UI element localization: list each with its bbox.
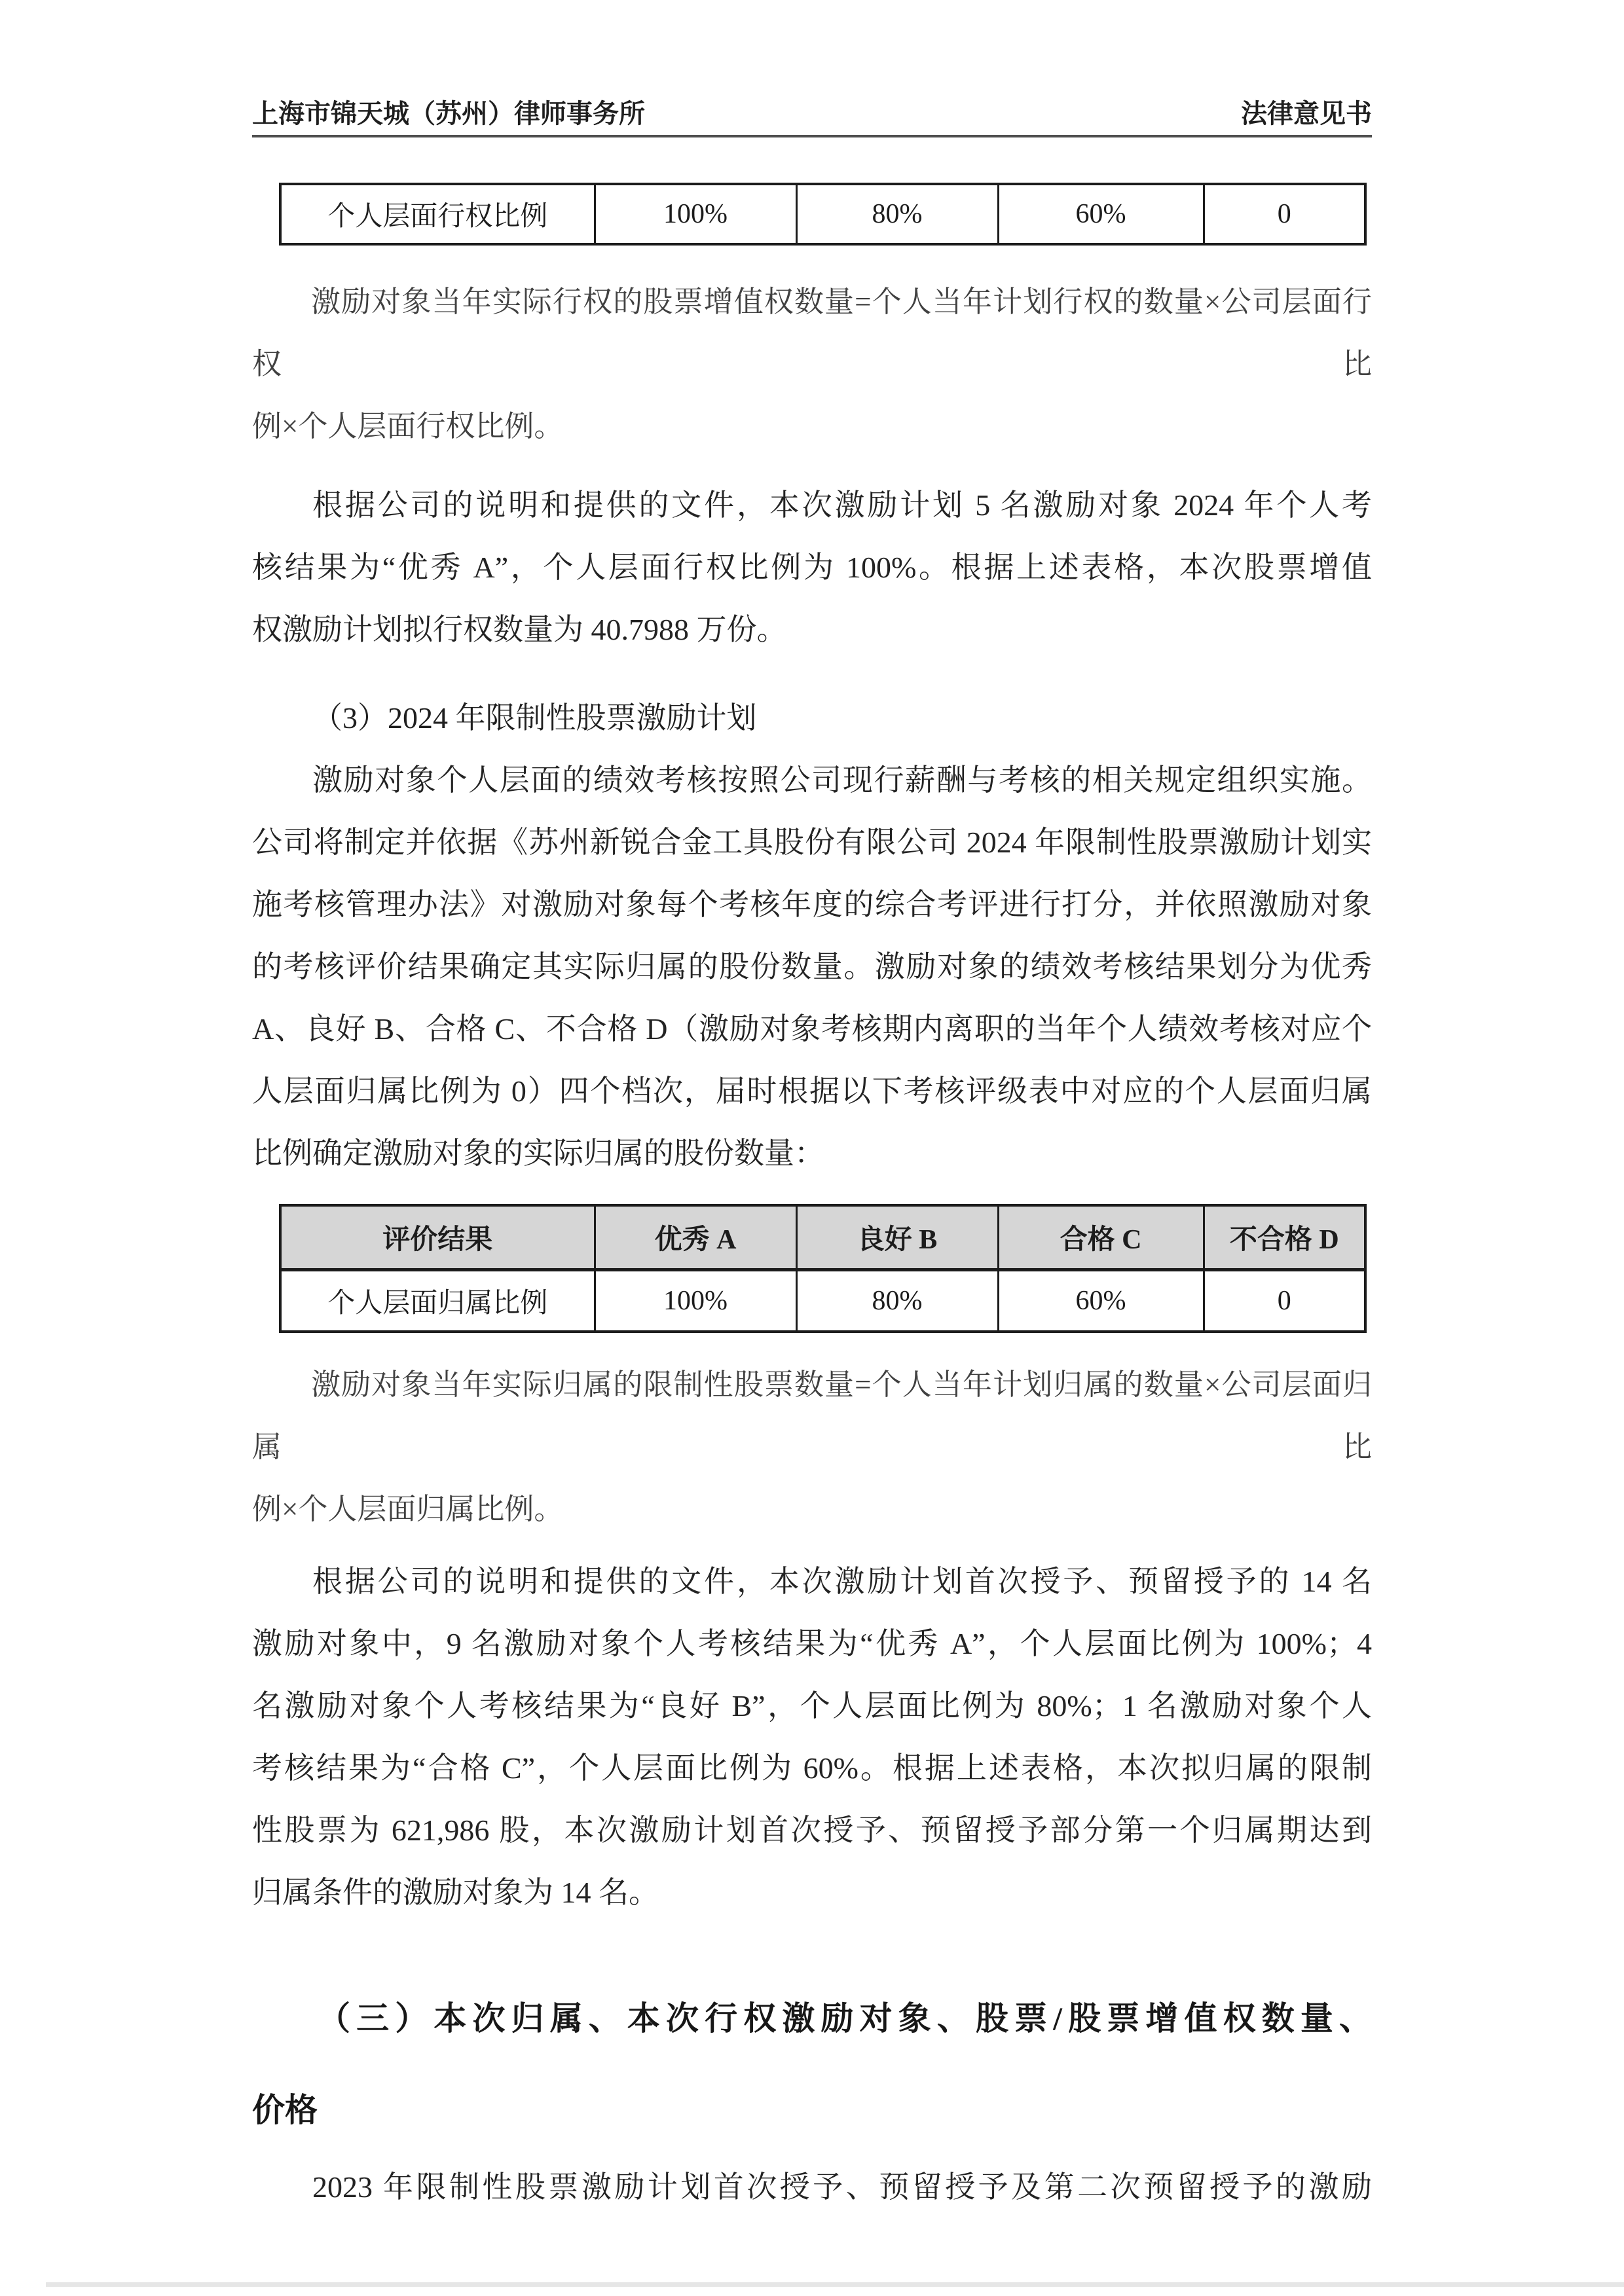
paragraph-line: 激励对象个人层面的绩效考核按照公司现行薪酬与考核的相关规定组织实施。 (252, 749, 1372, 811)
paragraph-line: 人层面归属比例为 0）四个档次，届时根据以下考核评级表中对应的个人层面归属 (252, 1060, 1372, 1122)
paragraph-line: 2023 年限制性股票激励计划首次授予、预留授予及第二次预留授予的激励 (252, 2156, 1372, 2218)
table-cell: 0 (1204, 1270, 1365, 1332)
paragraph-line: 归属条件的激励对象为 14 名。 (252, 1861, 1372, 1923)
table-cell: 80% (796, 184, 998, 244)
heading-item-3: （3）2024 年限制性股票激励计划 (252, 687, 1372, 749)
paragraph-line: 考核结果为“合格 C”，个人层面比例为 60%。根据上述表格，本次拟归属的限制 (252, 1737, 1372, 1799)
paragraph-line: A、良好 B、合格 C、不合格 D（激励对象考核期内离职的当年个人绩效考核对应个 (252, 998, 1372, 1060)
doc-title: 法律意见书 (1241, 98, 1372, 130)
section-heading-line: 价格 (252, 2064, 1372, 2156)
table-cell: 0 (1204, 184, 1365, 244)
table-cell: 100% (595, 184, 796, 244)
formula-line: 例×个人层面归属比例。 (252, 1478, 1372, 1540)
formula-line: 激励对象当年实际行权的股票增值权数量=个人当年计划行权的数量×公司层面行权比 (252, 271, 1372, 395)
table-header-cell: 良好 B (796, 1205, 998, 1270)
table-cell: 60% (998, 1270, 1204, 1332)
page-header: 上海市锦天城（苏州）律师事务所 法律意见书 (252, 98, 1372, 137)
formula-line: 激励对象当年实际归属的限制性股票数量=个人当年计划归属的数量×公司层面归属比 (252, 1354, 1372, 1478)
paragraph-line: 根据公司的说明和提供的文件，本次激励计划首次授予、预留授予的 14 名 (252, 1550, 1372, 1613)
vesting-ratio-table: 评价结果 优秀 A 良好 B 合格 C 不合格 D 个人层面归属比例 100% … (279, 1204, 1367, 1333)
paragraph-line: 根据公司的说明和提供的文件，本次激励计划 5 名激励对象 2024 年个人考 (252, 474, 1372, 536)
paragraph-line: 施考核管理办法》对激励对象每个考核年度的综合考评进行打分，并依照激励对象 (252, 873, 1372, 936)
table-cell: 60% (998, 184, 1204, 244)
paragraph-line: 激励对象中，9 名激励对象个人考核结果为“优秀 A”，个人层面比例为 100%；… (252, 1613, 1372, 1675)
table-header-cell: 优秀 A (595, 1205, 796, 1270)
paragraph-line: 公司将制定并依据《苏州新锐合金工具股份有限公司 2024 年限制性股票激励计划实 (252, 811, 1372, 873)
page-content: 上海市锦天城（苏州）律师事务所 法律意见书 个人层面行权比例 100% 80% … (252, 0, 1372, 2218)
table-header-row: 评价结果 优秀 A 良好 B 合格 C 不合格 D (280, 1205, 1365, 1270)
table-header-cell: 评价结果 (280, 1205, 595, 1270)
table-cell-label: 个人层面行权比例 (280, 184, 595, 244)
firm-name: 上海市锦天城（苏州）律师事务所 (252, 98, 645, 130)
table-header-cell: 合格 C (998, 1205, 1204, 1270)
exercise-ratio-table-fragment: 个人层面行权比例 100% 80% 60% 0 (279, 183, 1367, 246)
table-cell: 100% (595, 1270, 796, 1332)
table-row: 个人层面归属比例 100% 80% 60% 0 (280, 1270, 1365, 1332)
formula-vesting-paragraph: 激励对象当年实际归属的限制性股票数量=个人当年计划归属的数量×公司层面归属比 例… (252, 1354, 1372, 1540)
paragraph-vesting-result: 根据公司的说明和提供的文件，本次激励计划首次授予、预留授予的 14 名 激励对象… (252, 1550, 1372, 1923)
section-heading-line: （三）本次归属、本次行权激励对象、股票/股票增值权数量、 (252, 1973, 1372, 2064)
paragraph-line: 的考核评价结果确定其实际归属的股份数量。激励对象的绩效考核结果划分为优秀 (252, 936, 1372, 998)
section-heading: （三）本次归属、本次行权激励对象、股票/股票增值权数量、 价格 (252, 1973, 1372, 2156)
formula-exercise-paragraph: 激励对象当年实际行权的股票增值权数量=个人当年计划行权的数量×公司层面行权比 例… (252, 271, 1372, 458)
table-cell: 80% (796, 1270, 998, 1332)
paragraph-line: 比例确定激励对象的实际归属的股份数量： (252, 1122, 1372, 1184)
formula-line: 例×个人层面行权比例。 (252, 395, 1372, 458)
table-row: 个人层面行权比例 100% 80% 60% 0 (280, 184, 1365, 244)
paragraph-line: 性股票为 621,986 股，本次激励计划首次授予、预留授予部分第一个归属期达到 (252, 1799, 1372, 1861)
paragraph-exercise-result: 根据公司的说明和提供的文件，本次激励计划 5 名激励对象 2024 年个人考 核… (252, 474, 1372, 661)
paragraph-2023-plan: 2023 年限制性股票激励计划首次授予、预留授予及第二次预留授予的激励 (252, 2156, 1372, 2218)
legal-opinion-page: 上海市锦天城（苏州）律师事务所 法律意见书 个人层面行权比例 100% 80% … (0, 0, 1624, 2296)
paragraph-line: 权激励计划拟行权数量为 40.7988 万份。 (252, 598, 1372, 661)
table-cell-label: 个人层面归属比例 (280, 1270, 595, 1332)
page-bottom-scan-line (46, 2282, 1624, 2287)
table-header-cell: 不合格 D (1204, 1205, 1365, 1270)
paragraph-assessment: 激励对象个人层面的绩效考核按照公司现行薪酬与考核的相关规定组织实施。 公司将制定… (252, 749, 1372, 1184)
paragraph-line: 核结果为“优秀 A”，个人层面行权比例为 100%。根据上述表格，本次股票增值 (252, 536, 1372, 598)
paragraph-line: 名激励对象个人考核结果为“良好 B”，个人层面比例为 80%；1 名激励对象个人 (252, 1675, 1372, 1737)
